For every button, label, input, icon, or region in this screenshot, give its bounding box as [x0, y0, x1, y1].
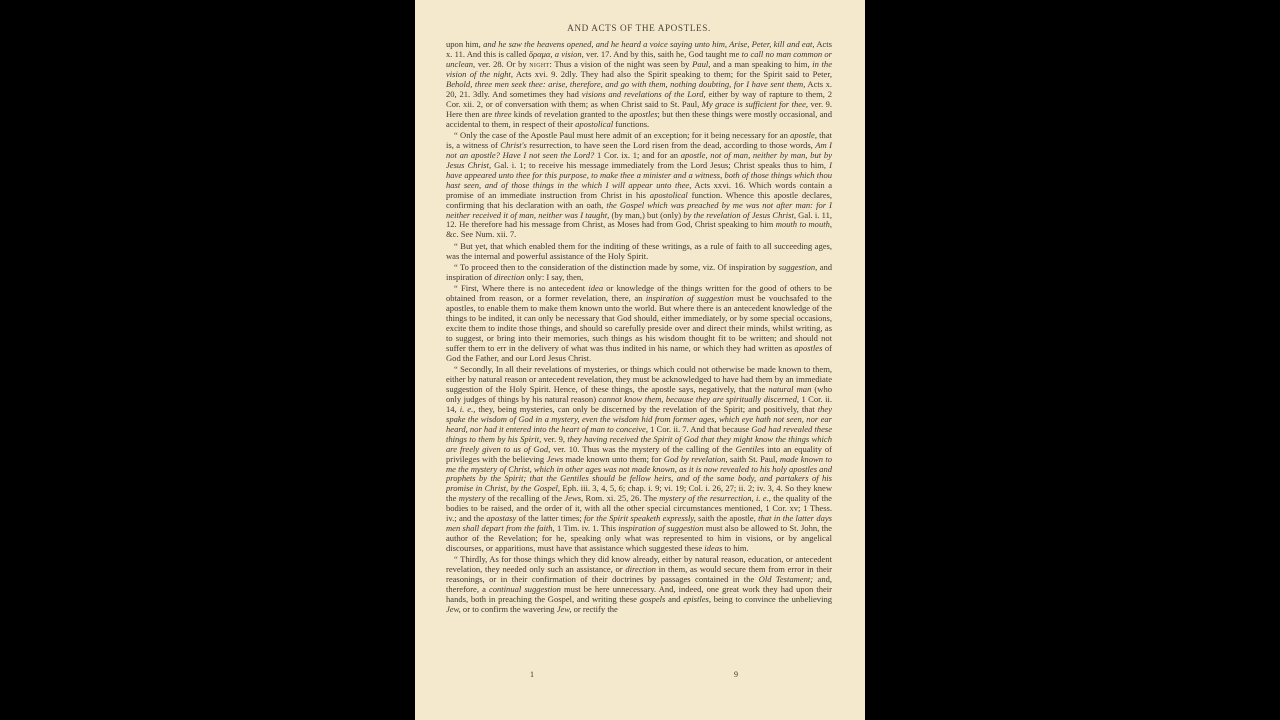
page-body: upon him, and he saw the heavens opened,…	[446, 40, 832, 615]
text-run: made known unto them; for	[563, 454, 664, 464]
paragraph: “ To proceed then to the consideration o…	[446, 263, 832, 283]
italic-text: three	[494, 109, 511, 119]
paragraph: upon him, and he saw the heavens opened,…	[446, 40, 832, 130]
italic-text: apostle,	[790, 130, 817, 140]
text-run: resurrection, to have seen the Lord rise…	[527, 140, 815, 150]
text-run: ver. 17. And by this, saith he, God taug…	[584, 49, 742, 59]
text-run: saith the apostle,	[696, 513, 758, 523]
text-run: to him.	[722, 543, 748, 553]
text-run: of the recalling of the	[485, 493, 564, 503]
text-run: &c. See Num. xii. 7.	[446, 229, 516, 239]
italic-text: Jews,	[564, 493, 583, 503]
text-run: or to confirm the wavering	[461, 604, 557, 614]
italic-text: My grace is sufficient for thee,	[702, 99, 808, 109]
book-page: AND ACTS OF THE APOSTLES. upon him, and …	[415, 0, 865, 720]
italic-text: Behold, three men seek thee: arise, ther…	[446, 79, 805, 89]
text-run: : Thus a vision of the night was seen by	[549, 59, 692, 69]
italic-text: cannot know them, because they are spiri…	[599, 394, 800, 404]
text-run: Gal. i. 1; to receive his message immedi…	[491, 160, 829, 170]
italic-text: gospels	[640, 594, 666, 604]
running-head: AND ACTS OF THE APOSTLES.	[446, 22, 832, 34]
text-run: functions.	[613, 119, 649, 129]
text-run: “ To proceed then to the consideration o…	[454, 262, 779, 272]
italic-text: inspiration of suggestion	[646, 293, 734, 303]
italic-text: Jews	[547, 454, 564, 464]
text-run: ver. 9,	[541, 434, 567, 444]
text-run: or rectify the	[571, 604, 617, 614]
italic-text: ideas	[704, 543, 722, 553]
text-run: (by man,) but (only)	[609, 210, 683, 220]
italic-text: apostles	[630, 109, 658, 119]
italic-text: Old Testament;	[759, 574, 813, 584]
text-run: of the latter times;	[516, 513, 584, 523]
text-run: ver. 28. Or by	[475, 59, 529, 69]
text-run: “ First, Where there is no antecedent	[454, 283, 588, 293]
italic-text: visions and revelations of the Lord,	[582, 89, 706, 99]
italic-text: Jew,	[446, 604, 461, 614]
text-run: only: I say, then,	[525, 272, 584, 282]
text-run: night	[529, 59, 549, 69]
italic-text: Paul,	[692, 59, 710, 69]
text-run: 1 Cor. ix. 1; and for an	[594, 150, 680, 160]
italic-text: apostles	[794, 343, 822, 353]
paragraph: “ Secondly, In all their revelations of …	[446, 365, 832, 554]
text-run: Acts xvi. 9. 2dly. They had also the Spi…	[513, 69, 832, 79]
italic-text: continual suggestion	[489, 584, 561, 594]
italic-text: direction	[494, 272, 525, 282]
italic-text: Christ's	[500, 140, 527, 150]
text-run: upon him,	[446, 39, 483, 49]
text-run: Rom. xi. 25, 26. The	[583, 493, 659, 503]
italic-text: apostolical	[575, 119, 613, 129]
paragraph: “ First, Where there is no antecedent id…	[446, 284, 832, 364]
italic-text: Gentiles	[736, 444, 764, 454]
italic-text: apostasy	[486, 513, 516, 523]
text-run: saith St. Paul,	[728, 454, 780, 464]
text-run: ver. 10. Thus was the mystery of the cal…	[550, 444, 735, 454]
text-run: they, being mysteries, can only be disce…	[475, 404, 817, 414]
text-run: being to convince the unbelieving	[711, 594, 832, 604]
italic-text: direction	[625, 564, 656, 574]
paragraph: “ Only the case of the Apostle Paul must…	[446, 131, 832, 240]
italic-text: apostolical	[650, 190, 688, 200]
text-run: “ Only the case of the Apostle Paul must…	[454, 130, 790, 140]
italic-text: Jew,	[557, 604, 572, 614]
text-run: kinds of revelation granted to the	[512, 109, 630, 119]
paragraph: “ But yet, that which enabled them for t…	[446, 242, 832, 262]
signature-mark-left: 1	[530, 670, 534, 680]
italic-text: epistles,	[683, 594, 711, 604]
text-run: and a man speaking to him,	[710, 59, 812, 69]
signature-mark-right: 9	[734, 670, 738, 680]
italic-text: i. e.,	[460, 404, 476, 414]
italic-text: ὅραμα, a vision,	[529, 49, 584, 59]
page-footer: 1 9	[446, 670, 832, 680]
italic-text: by the revelation of Jesus Christ,	[683, 210, 796, 220]
italic-text: mystery	[459, 493, 486, 503]
italic-text: suggestion,	[779, 262, 818, 272]
italic-text: mouth to mouth,	[776, 219, 832, 229]
italic-text: natural man	[768, 384, 811, 394]
italic-text: inspiration of suggestion	[618, 523, 703, 533]
italic-text: and he saw the heavens opened, and he he…	[483, 39, 814, 49]
text-run: 1 Tim. iv. 1. This	[555, 523, 619, 533]
paragraph: “ Thirdly, As for those things which the…	[446, 555, 832, 615]
text-run: 1 Cor. ii. 7. And that because	[648, 424, 751, 434]
italic-text: mystery of the resurrection, i. e.,	[659, 493, 771, 503]
text-run: and	[665, 594, 683, 604]
italic-text: idea	[588, 283, 603, 293]
text-run: “ But yet, that which enabled them for t…	[446, 241, 832, 261]
italic-text: God by revelation,	[664, 454, 728, 464]
italic-text: for the Spirit speaketh expressly,	[584, 513, 696, 523]
